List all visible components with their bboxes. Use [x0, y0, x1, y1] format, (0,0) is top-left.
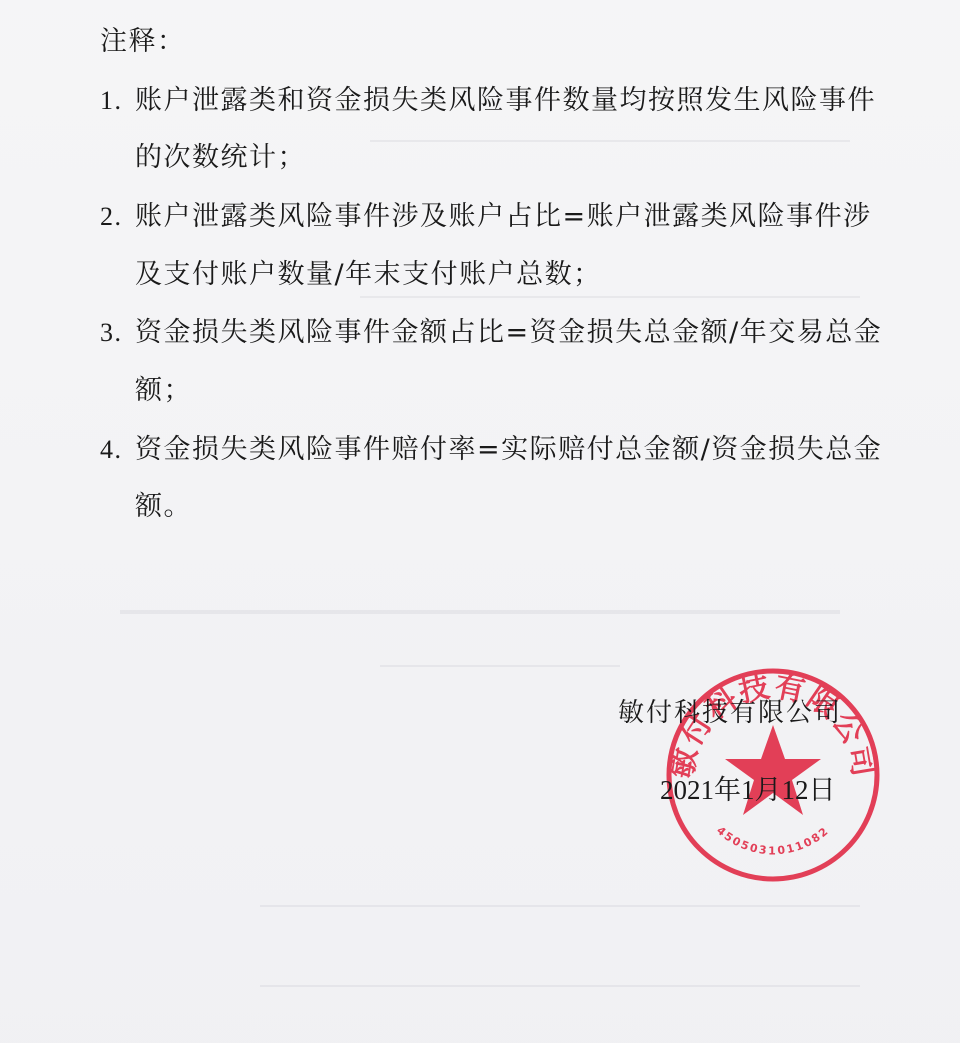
note-text: 账户泄露类风险事件涉及账户占比=账户泄露类风险事件涉	[135, 201, 872, 232]
signature-date: 2021年1月12日	[660, 768, 836, 807]
note-text: 资金损失类风险事件金额占比=资金损失总金额/年交易总金	[135, 317, 882, 348]
note-text: 及支付账户数量/年末支付账户总数；	[135, 259, 602, 290]
note-3-line-1: 3.资金损失类风险事件金额占比=资金损失总金额/年交易总金	[100, 316, 882, 350]
scan-artifact	[370, 140, 850, 142]
note-3-line-2: 额；	[135, 374, 192, 408]
note-text: 资金损失类风险事件赔付率=实际赔付总金额/资金损失总金	[135, 434, 882, 465]
scan-artifact	[380, 665, 620, 667]
note-text: 额；	[135, 375, 192, 406]
scan-artifact	[360, 296, 860, 298]
scan-artifact	[260, 985, 860, 987]
note-text: 额。	[135, 491, 192, 522]
seal-serial-number: 4505031011082	[714, 824, 832, 857]
note-4-line-2: 额。	[135, 490, 192, 524]
note-2-line-1: 2.账户泄露类风险事件涉及账户占比=账户泄露类风险事件涉	[100, 200, 872, 234]
scan-artifact	[120, 610, 840, 614]
svg-text:4505031011082: 4505031011082	[714, 824, 832, 857]
note-number: 3.	[100, 316, 135, 350]
note-number: 1.	[100, 84, 135, 118]
document-page: 注释： 1.账户泄露类和资金损失类风险事件数量均按照发生风险事件 的次数统计； …	[0, 0, 960, 1043]
note-1-line-1: 1.账户泄露类和资金损失类风险事件数量均按照发生风险事件	[100, 84, 876, 118]
note-text: 账户泄露类和资金损失类风险事件数量均按照发生风险事件	[135, 85, 876, 116]
signature-company: 敏付科技有限公司	[618, 692, 842, 729]
note-4-line-1: 4.资金损失类风险事件赔付率=实际赔付总金额/资金损失总金	[100, 433, 882, 467]
notes-heading: 注释：	[100, 25, 186, 59]
scan-artifact	[260, 905, 860, 907]
note-1-line-2: 的次数统计；	[135, 141, 306, 175]
note-2-line-2: 及支付账户数量/年末支付账户总数；	[135, 258, 602, 292]
note-number: 2.	[100, 200, 135, 234]
note-number: 4.	[100, 433, 135, 467]
note-text: 的次数统计；	[135, 142, 306, 173]
